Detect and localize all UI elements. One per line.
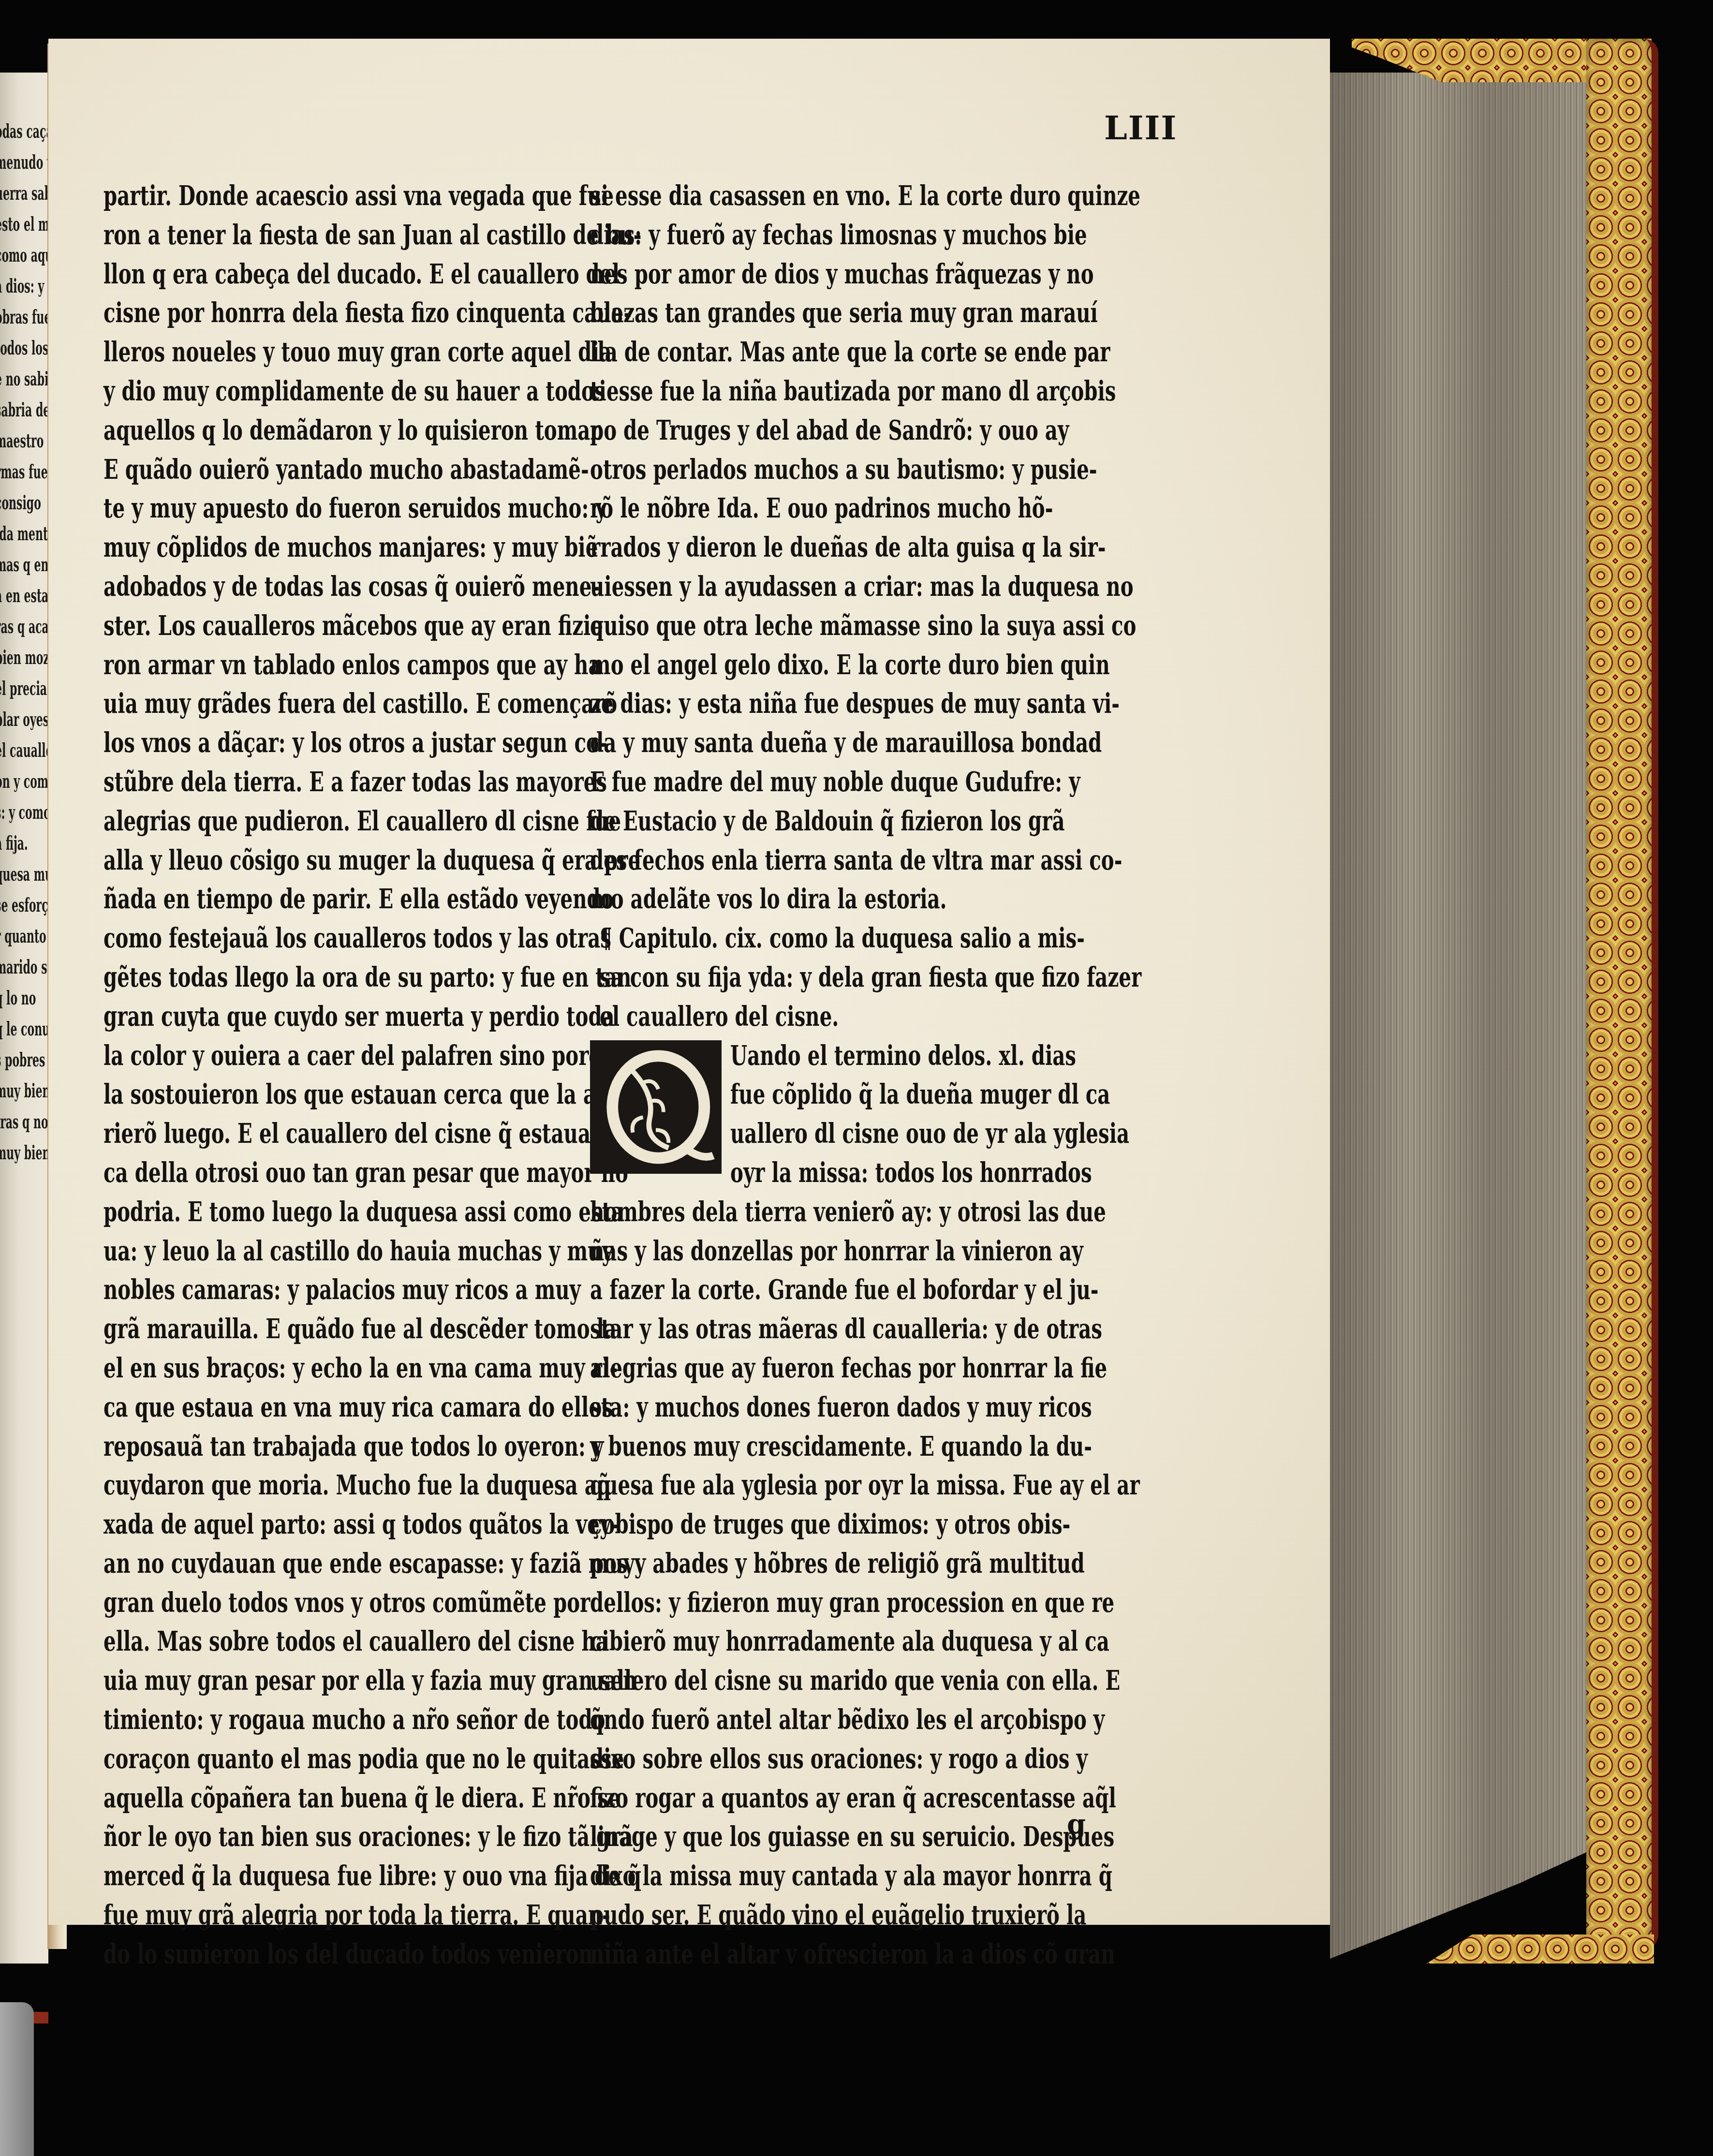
fragment-line: s: y como: [0, 797, 25, 828]
text-line: quesa fue ala yglesia por oyr la missa. …: [590, 1466, 956, 1505]
text-line: cuydaron que moria. Mucho fue la duquesa…: [103, 1466, 473, 1505]
fragment-line: todos los: [0, 333, 25, 364]
text-line: cibierõ muy honrradamente ala duquesa y …: [590, 1622, 956, 1661]
text-line: la color y ouiera a caer del palafren si…: [103, 1036, 473, 1076]
text-line: mo adelãte vos lo dira la estoria.: [590, 880, 956, 919]
text-line: ron armar vn tablado enlos campos que ay…: [103, 646, 473, 685]
text-line: oyr la missa: todos los honrrados: [730, 1153, 1129, 1193]
fragment-line: q lo no: [0, 983, 25, 1014]
text-line: otros perlados muchos a su bautismo: y p…: [590, 450, 956, 489]
fragment-line: marido se: [0, 952, 25, 983]
text-line: dellos: y fizieron muy gran procession e…: [590, 1583, 956, 1623]
text-line: ñas y las donzellas por honrrar la vinie…: [590, 1232, 956, 1271]
fragment-line: se esforça: [0, 890, 25, 921]
text-line: coraçon quanto el mas podia que no le qu…: [103, 1740, 473, 1779]
fragment-line: s pobres: [0, 1045, 25, 1076]
text-line: gran duelo todos vnos y otros comũmẽte p…: [103, 1583, 473, 1623]
text-line: aquella cõpañera tan buena q̃ le diera. …: [103, 1779, 473, 1818]
decorated-initial-q-woodcut: [590, 1040, 722, 1174]
gilt-board-bottom-edge: [1427, 1934, 1654, 1964]
fragment-line: a fija.: [0, 828, 25, 859]
page-holder-clip: [0, 2002, 34, 2156]
text-line: alla y lleuo cõsigo su muger la duquesa …: [103, 841, 473, 880]
text-line: ster. Los caualleros mãcebos que ay eran…: [103, 606, 473, 646]
text-line: gẽtes todas llego la ora de su parto: y …: [103, 958, 473, 997]
text-line: da y muy santa dueña y de marauillosa bo…: [590, 724, 956, 763]
text-line: si esse dia casassen en vno. E la corte …: [590, 177, 956, 216]
fragment-line: ida mente: [0, 518, 25, 549]
fragment-line: a dios: y: [0, 271, 25, 302]
fragment-line: e no sabi: [0, 364, 25, 395]
foliage-initial-icon: [592, 1042, 720, 1172]
text-column-left: partir. Donde acaescio assi vna vegada q…: [103, 177, 616, 2052]
text-line: los vnos a dãçar: y los otros a justar s…: [103, 724, 473, 763]
text-line: fizo rogar a quantos ay eran q̃ acrescen…: [590, 1779, 956, 1818]
text-line: dixo sobre ellos sus oraciones: y rogo a…: [590, 1740, 956, 1779]
fragment-line: r quanto b: [0, 921, 25, 952]
text-line: quiso que otra leche mãmasse sino la suy…: [590, 606, 956, 646]
text-line: lleros noueles y touo muy gran corte aqu…: [103, 333, 473, 372]
text-column-right: si esse dia casassen en vno. E la corte …: [590, 177, 1098, 2052]
gilt-board-side-edge: [1586, 39, 1658, 1949]
paragraph-after-initial: hombres dela tierra venierõ ay: y otrosi…: [590, 1193, 1098, 2053]
fragment-line: muy bien: [0, 1137, 25, 1168]
text-line: alegrias que pudieron. El cauallero dl c…: [103, 802, 473, 841]
text-line: E fue madre del muy noble duque Gudufre:…: [590, 763, 956, 802]
facing-page-left: odas caçamenudo yauerra sabiesto el maco…: [0, 73, 48, 1978]
text-line: pos y abades y hõbres de religiõ grã mul…: [590, 1544, 956, 1583]
fragment-line: el cauallero: [0, 735, 25, 766]
text-line: xada de aquel parto: assi q todos quãtos…: [103, 1505, 473, 1544]
text-line: fue muy grã alegria por toda la tierra. …: [103, 1896, 473, 1935]
text-line: uallero dl cisne ouo de yr ala yglesia: [730, 1114, 1129, 1153]
text-line: ron a tener la fiesta de san Juan al cas…: [103, 216, 473, 255]
fragment-line: obras fue: [0, 302, 25, 333]
text-line: rrados y dieron le dueñas de alta guisa …: [590, 528, 956, 567]
text-line: uia muy grãdes fuera del castillo. E com…: [103, 684, 473, 724]
text-line: dias: y fuerõ ay fechas limosnas y mucho…: [590, 216, 956, 255]
text-line: star y las otras mãeras dl caualleria: y…: [590, 1310, 956, 1349]
fragment-line: odas caça: [0, 116, 25, 147]
text-line: tiesse fue la niña bautizada por mano dl…: [590, 372, 956, 411]
text-line: uiessen y la ayudassen a criar: mas la d…: [590, 567, 956, 606]
background-dark: [0, 1964, 1713, 2156]
text-line: llon q era cabeça del ducado. E el caual…: [103, 255, 473, 294]
text-line: alegrias que ay fueron fechas por honrra…: [590, 1349, 956, 1388]
text-line: ua: y leuo la al castillo do hauia mucha…: [103, 1232, 473, 1271]
chapter-opening: Uando el termino delos. xl. diasfue cõpl…: [590, 1036, 1098, 1193]
chapter-heading-line: el cauallero del cisne.: [600, 997, 959, 1036]
fragment-line: on y como: [0, 766, 25, 797]
text-line: aquellos q lo demãdaron y lo quisieron t…: [103, 411, 473, 450]
fragment-line: a en estar: [0, 580, 25, 611]
text-line: lla de contar. Mas ante que la corte se …: [590, 333, 956, 372]
text-line: podria. E tomo luego la duquesa assi com…: [103, 1193, 473, 1232]
chapter-heading-line: ¶ Capitulo. cix. como la duquesa salio a…: [600, 919, 959, 958]
fragment-line: sabria de: [0, 395, 25, 426]
initial-adjacent-lines: Uando el termino delos. xl. diasfue cõpl…: [730, 1036, 1285, 1193]
text-line: te y muy apuesto do fueron seruidos much…: [103, 489, 473, 528]
fragment-line: q le conu: [0, 1014, 25, 1045]
fragment-line: consigo: [0, 487, 25, 518]
text-line: Uando el termino delos. xl. dias: [730, 1036, 1129, 1076]
chapter-heading-line: sa con su fija yda: y dela gran fiesta q…: [600, 958, 959, 997]
fragment-line: tras q no: [0, 1107, 25, 1137]
text-line: muy cõplidos de muchos manjares: y muy b…: [103, 528, 473, 567]
text-line: q̃ndo fuerõ antel altar bẽdixo les el ar…: [590, 1700, 956, 1740]
text-line: partir. Donde acaescio assi vna vegada q…: [103, 177, 473, 216]
text-line: çobispo de truges que diximos: y otros o…: [590, 1505, 956, 1544]
text-line: ca della otrosi ouo tan gran pesar que m…: [103, 1153, 473, 1193]
fragment-line: rmas fue: [0, 457, 25, 487]
signature-mark: g: [1067, 1809, 1086, 1841]
text-line: a fazer la corte. Grande fue el bofordar…: [590, 1270, 956, 1310]
facing-page-text-fragments: odas caçamenudo yauerra sabiesto el maco…: [0, 73, 25, 1168]
text-line: como festejauã los caualleros todos y la…: [103, 919, 473, 958]
text-line: reposauã tan trabajada que todos lo oyer…: [103, 1427, 473, 1466]
fragment-line: blar oyese: [0, 704, 25, 735]
fragment-line: uerra sabi: [0, 178, 25, 209]
text-line: el en sus braços: y echo la en vna cama …: [103, 1349, 473, 1388]
fragment-line: el preciad: [0, 673, 25, 704]
text-line: rierõ luego. E el cauallero del cisne q̃…: [103, 1114, 473, 1153]
fragment-line: muy bien: [0, 1076, 25, 1107]
text-line: an no cuydauan que ende escapasse: y faz…: [103, 1544, 473, 1583]
text-line: fue cõplido q̃ la dueña muger dl ca: [730, 1075, 1129, 1114]
text-line: ze dias: y esta niña fue despues de muy …: [590, 684, 956, 724]
text-line: uallero del cisne su marido que venia co…: [590, 1661, 956, 1700]
text-line: adobados y de todas las cosas q̃ ouierõ …: [103, 567, 473, 606]
text-line: de Eustacio y de Baldouin q̃ fizieron lo…: [590, 802, 956, 841]
paragraph-before-chapter: si esse dia casassen en vno. E la corte …: [590, 177, 1098, 919]
fragment-line: ras q aca: [0, 611, 25, 642]
text-line: la sostouieron los que estauan cerca que…: [103, 1075, 473, 1114]
text-line: ñada en tiempo de parir. E ella estãdo v…: [103, 880, 473, 919]
page-fore-edge: [1330, 73, 1601, 1959]
text-line: ñor le oyo tan bien sus oraciones: y le …: [103, 1817, 473, 1857]
fragment-line: como aqu: [0, 240, 25, 271]
fragment-line: quesa mug: [0, 859, 25, 890]
text-line: des fechos enla tierra santa de vltra ma…: [590, 841, 956, 880]
fragment-line: bien mozo: [0, 642, 25, 673]
text-line: gran cuyta que cuydo ser muerta y perdio…: [103, 997, 473, 1036]
text-line: E quãdo ouierõ yantado mucho abastadamẽ-: [103, 450, 473, 489]
text-line: pudo ser. E quãdo vino el euãgelio truxi…: [590, 1896, 956, 1935]
folio-number: LIII: [1104, 109, 1177, 148]
text-line: ella. Mas sobre todos el cauallero del c…: [103, 1622, 473, 1661]
text-line: dixo la missa muy cantada y ala mayor ho…: [590, 1857, 956, 1896]
text-line: ca que estaua en vna muy rica camara do …: [103, 1388, 473, 1427]
text-line: grã marauilla. E quãdo fue al descẽder t…: [103, 1310, 473, 1349]
text-line: po de Truges y del abad de Sandrõ: y ouo…: [590, 411, 956, 450]
fragment-line: menudo ya: [0, 147, 25, 178]
text-line: uia muy gran pesar por ella y fazia muy …: [103, 1661, 473, 1700]
text-line: blezas tan grandes que seria muy gran ma…: [590, 294, 956, 333]
text-line: y buenos muy crescidamente. E quando la …: [590, 1427, 956, 1466]
text-line: sta: y muchos dones fueron dados y muy r…: [590, 1388, 956, 1427]
text-line: cisne por honrra dela fiesta fizo cinque…: [103, 294, 473, 333]
text-line: timiento: y rogaua mucho a nr̃o señor de…: [103, 1700, 473, 1740]
book-page: LIII partir. Donde acaescio assi vna veg…: [48, 39, 1330, 1925]
text-line: y dio muy complidamente de su hauer a to…: [103, 372, 473, 411]
text-line: stũbre dela tierra. E a fazer todas las …: [103, 763, 473, 802]
chapter-heading: ¶ Capitulo. cix. como la duquesa salio a…: [590, 919, 1098, 1036]
text-line: merced q̃ la duquesa fue libre: y ouo vn…: [103, 1857, 473, 1896]
text-line: mo el angel gelo dixo. E la corte duro b…: [590, 646, 956, 685]
text-line: nobles camaras: y palacios muy ricos a m…: [103, 1270, 473, 1310]
text-line: hombres dela tierra venierõ ay: y otrosi…: [590, 1193, 956, 1232]
text-line: linage y que los guiasse en su seruicio.…: [590, 1817, 956, 1857]
fragment-line: esto el ma: [0, 209, 25, 240]
fragment-line: maestro d: [0, 426, 25, 457]
text-line: rõ le nõbre Ida. E ouo padrinos mucho hõ…: [590, 489, 956, 528]
fragment-line: mas q en: [0, 549, 25, 580]
text-line: nes por amor de dios y muchas frãquezas …: [590, 255, 956, 294]
